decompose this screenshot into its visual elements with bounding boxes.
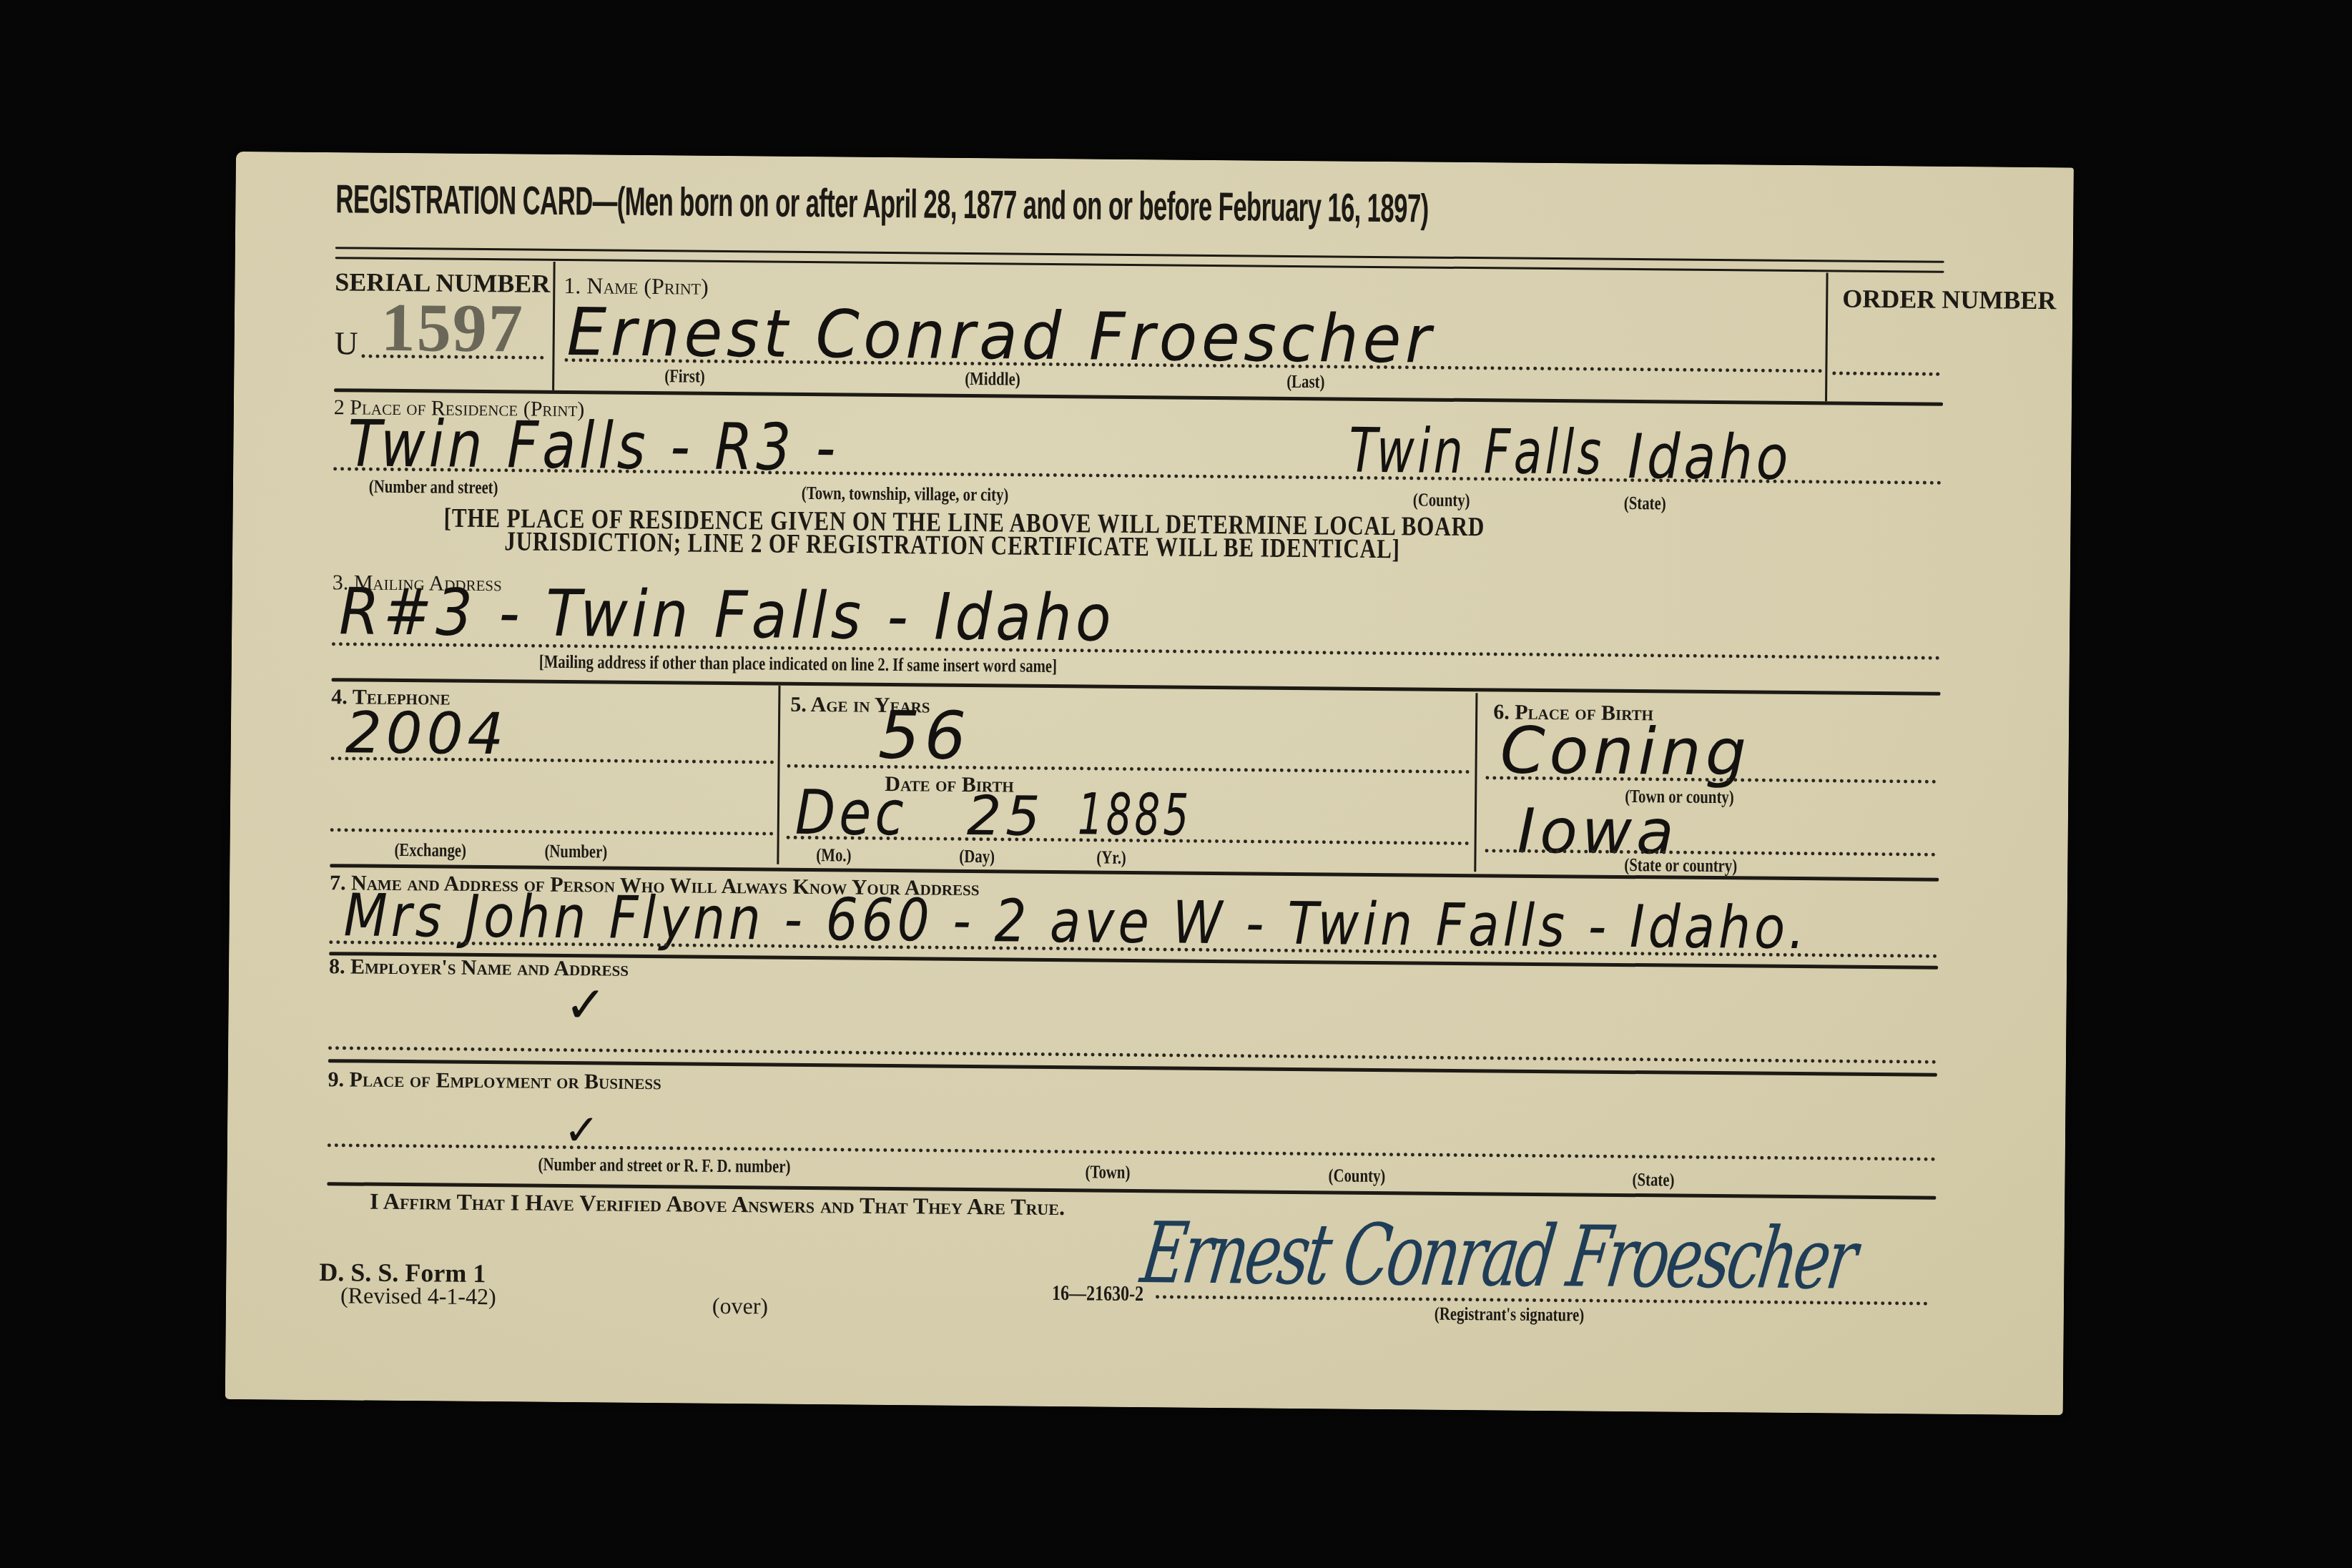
age-value: 56: [877, 697, 970, 774]
registrant-signature: Ernest Conrad Froescher: [1136, 1203, 1860, 1308]
divider: [1474, 693, 1477, 872]
telephone-caption-number: (Number): [544, 841, 607, 863]
employment-caption-county: (County): [1328, 1165, 1385, 1187]
divider: [1825, 272, 1829, 401]
residence-caption-street: (Number and street): [369, 476, 498, 499]
name-caption-first: (First): [664, 365, 705, 387]
divider: [552, 262, 556, 390]
section-rule: [332, 678, 1941, 696]
over-note: (over): [712, 1293, 768, 1320]
divider: [777, 686, 780, 864]
birth-caption-state: (State or country): [1624, 854, 1737, 877]
residence-caption-county: (County): [1413, 489, 1470, 511]
affirmation-text: I Affirm That I Have Verified Above Answ…: [370, 1188, 1065, 1221]
employment-label: 9. Place of Employment or Business: [328, 1067, 661, 1095]
employment-caption-town: (Town): [1085, 1161, 1130, 1183]
name-caption-last: (Last): [1286, 371, 1324, 393]
name-caption-middle: (Middle): [965, 368, 1020, 390]
registration-card: REGISTRATION CARD—(Men born on or after …: [225, 152, 2074, 1415]
serial-prefix: U: [334, 324, 358, 362]
print-code: 16—21630-2: [1052, 1281, 1143, 1306]
residence-caption-town: (Town, township, village, or city): [802, 483, 1009, 506]
card-title: REGISTRATION CARD—(Men born on or after …: [335, 175, 1429, 231]
order-number-line: [1832, 371, 1939, 375]
form-revised: (Revised 4-1-42): [340, 1282, 496, 1310]
residence-caption-state: (State): [1624, 493, 1666, 515]
dob-caption-day: (Day): [959, 846, 995, 867]
mailing-caption: [Mailing address if other than place ind…: [539, 651, 1058, 677]
signature-caption: (Registrant's signature): [1435, 1303, 1585, 1326]
employment-caption-street: (Number and street or R. F. D. number): [538, 1154, 791, 1178]
dob-caption-month: (Mo.): [816, 844, 851, 866]
order-number-label: ORDER NUMBER: [1842, 284, 2056, 316]
employment-caption-state: (State): [1632, 1169, 1674, 1191]
telephone-line-2: [330, 828, 774, 835]
dob-caption-year: (Yr.): [1096, 847, 1126, 869]
employer-checkmark: ✓: [564, 975, 606, 1035]
telephone-caption-exchange: (Exchange): [394, 839, 466, 862]
